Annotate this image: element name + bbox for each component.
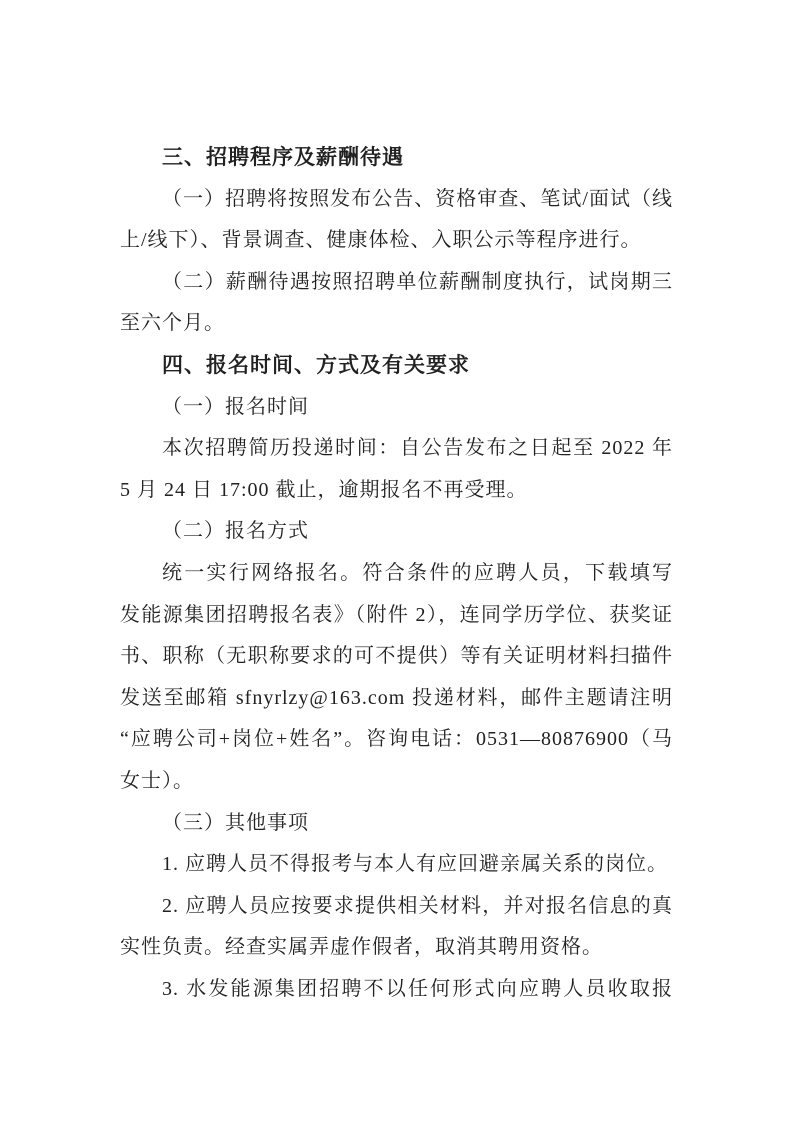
subheading-reg-method: （二）报名方式 xyxy=(120,511,673,553)
heading-sec4-registration: 四、报名时间、方式及有关要求 xyxy=(120,345,673,387)
line-other-item-2b: 实性负责。经查实属弄虚作假者，取消其聘用资格。 xyxy=(120,927,673,969)
line-other-item-3: 3. 水发能源集团招聘不以任何形式向应聘人员收取报 xyxy=(120,969,673,1011)
document-content: 三、招聘程序及薪酬待遇 （一）招聘将按照发布公告、资格审查、笔试/面试（线 上/… xyxy=(120,137,673,1010)
line-reg-method-6: 女士）。 xyxy=(120,761,673,803)
line-other-item-1: 1. 应聘人员不得报考与本人有应回避亲属关系的岗位。 xyxy=(120,844,673,886)
line-reg-method-1: 统一实行网络报名。符合条件的应聘人员，下载填写《水 xyxy=(120,553,673,595)
line-reg-method-5: “应聘公司+岗位+姓名”。咨询电话：0531—80876900（马 xyxy=(120,719,673,761)
line-other-item-2a: 2. 应聘人员应按要求提供相关材料，并对报名信息的真 xyxy=(120,886,673,928)
line-procedure-2: 上/线下）、背景调查、健康体检、入职公示等程序进行。 xyxy=(120,220,673,262)
line-reg-method-3: 书、职称（无职称要求的可不提供）等有关证明材料扫描件 xyxy=(120,636,673,678)
line-salary-1: （二）薪酬待遇按照招聘单位薪酬制度执行，试岗期三 xyxy=(120,262,673,304)
subheading-reg-time: （一）报名时间 xyxy=(120,387,673,429)
line-salary-2: 至六个月。 xyxy=(120,303,673,345)
line-procedure-1: （一）招聘将按照发布公告、资格审查、笔试/面试（线 xyxy=(120,179,673,221)
line-reg-method-4: 发送至邮箱 sfnyrlzy@163.com 投递材料，邮件主题请注明 xyxy=(120,678,673,720)
line-reg-time-2: 5 月 24 日 17:00 截止，逾期报名不再受理。 xyxy=(120,470,673,512)
line-reg-time-1: 本次招聘简历投递时间：自公告发布之日起至 2022 年 xyxy=(120,428,673,470)
subheading-other-matters: （三）其他事项 xyxy=(120,803,673,845)
heading-sec3-procedure-salary: 三、招聘程序及薪酬待遇 xyxy=(120,137,673,179)
line-reg-method-2: 发能源集团招聘报名表》（附件 2），连同学历学位、获奖证 xyxy=(120,595,673,637)
document-page: 三、招聘程序及薪酬待遇 （一）招聘将按照发布公告、资格审查、笔试/面试（线 上/… xyxy=(0,0,794,1123)
